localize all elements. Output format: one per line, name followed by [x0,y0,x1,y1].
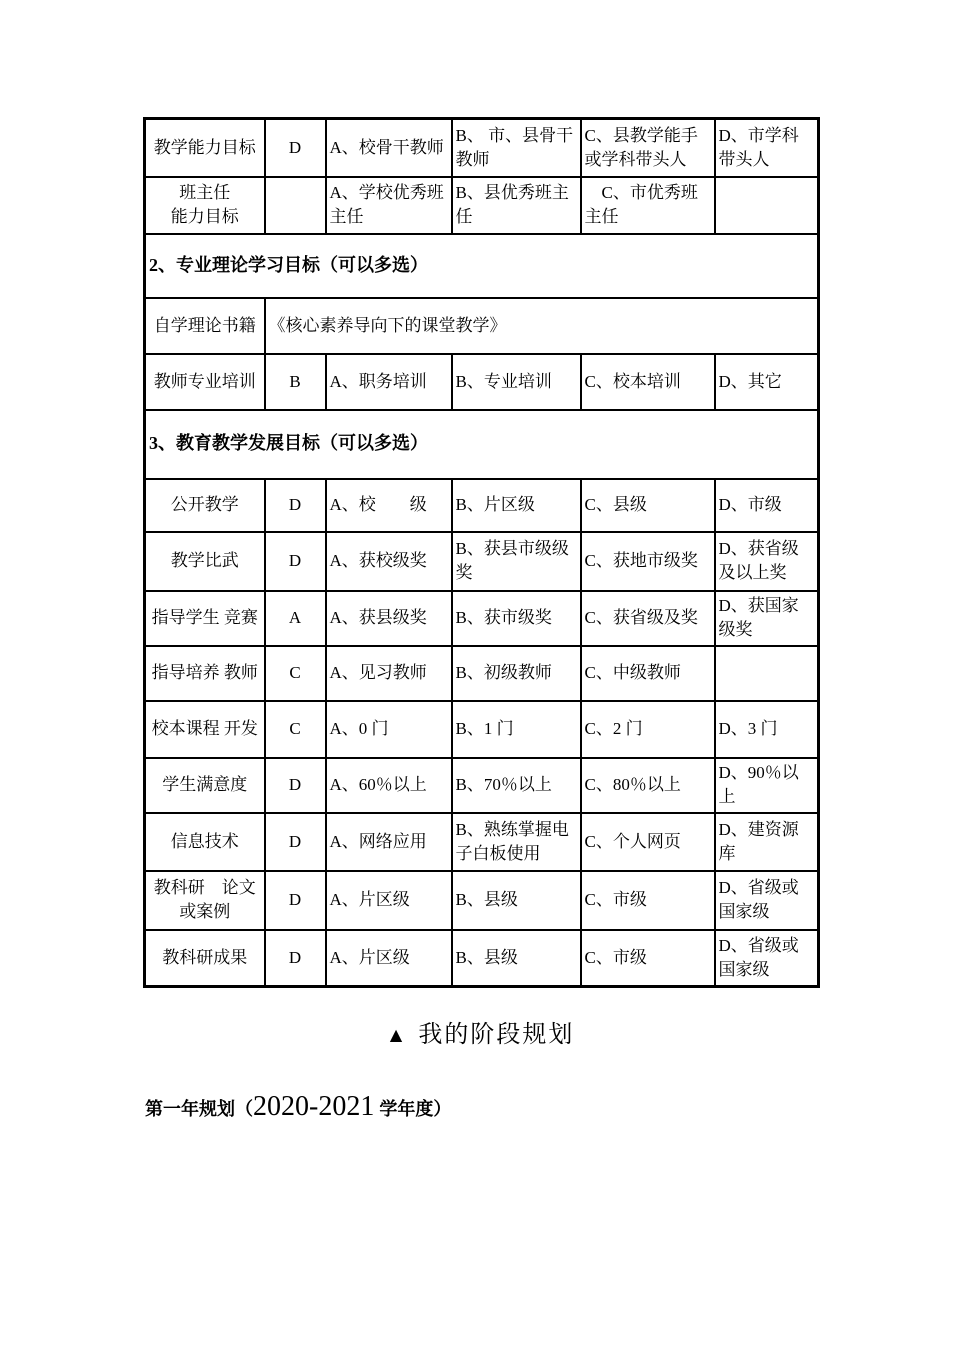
option-a-cell: A、校骨干教师 [326,119,452,177]
selected-answer-cell [265,177,326,234]
option-a-cell: A、获校级奖 [326,532,452,591]
stage-plan-heading: ▲我的阶段规划 [0,1020,960,1050]
option-b-cell: B、熟练掌握电子白板使用 [452,813,581,871]
option-d-cell: D、3 门 [715,701,819,758]
option-d-cell [715,177,819,234]
option-d-cell: D、市级 [715,479,819,532]
table-row-student-competition: 指导学生 竞赛 A A、获县级奖 B、获市级奖 C、获省级及奖 D、获国家级奖 [145,591,819,646]
option-a-cell: A、学校优秀班主任 [326,177,452,234]
option-a-cell: A、60％以上 [326,758,452,813]
option-d-cell: D、建资源库 [715,813,819,871]
row-label-cell: 校本课程 开发 [145,701,265,758]
option-c-cell: C、市优秀班主任 [581,177,715,234]
option-d-cell: D、获国家级奖 [715,591,819,646]
table-row-school-curriculum: 校本课程 开发 C A、0 门 B、1 门 C、2 门 D、3 门 [145,701,819,758]
row-label-cell: 信息技术 [145,813,265,871]
option-b-cell: B、初级教师 [452,646,581,701]
option-b-cell: B、专业培训 [452,354,581,410]
option-c-cell: C、中级教师 [581,646,715,701]
row-label-cell: 教科研成果 [145,930,265,987]
table-row-theory-book: 自学理论书籍 《核心素养导向下的课堂教学》 [145,298,819,354]
table-row-mentoring-teachers: 指导培养 教师 C A、见习教师 B、初级教师 C、中级教师 [145,646,819,701]
option-a-cell: A、职务培训 [326,354,452,410]
option-c-cell: C、2 门 [581,701,715,758]
table-row-research-papers: 教科研 论文或案例 D A、片区级 B、县级 C、市级 D、省级或国家级 [145,871,819,930]
selected-answer-cell: D [265,930,326,987]
option-d-cell: D、90％以上 [715,758,819,813]
option-c-cell: C、市级 [581,871,715,930]
section-2-header-row: 2、专业理论学习目标（可以多选） [145,234,819,298]
table-row-head-teacher-ability: 班主任 能力目标 A、学校优秀班主任 B、县优秀班主任 C、市优秀班主任 [145,177,819,234]
selected-answer-cell: D [265,119,326,177]
book-title-cell: 《核心素养导向下的课堂教学》 [265,298,819,354]
year-plan-label: 第一年规划 [145,1099,235,1119]
selected-answer-cell: D [265,813,326,871]
option-b-cell: B、县级 [452,871,581,930]
option-b-cell: B、县优秀班主任 [452,177,581,234]
option-b-cell: B、获县市级级奖 [452,532,581,591]
option-a-cell: A、0 门 [326,701,452,758]
table-row-information-technology: 信息技术 D A、网络应用 B、熟练掌握电子白板使用 C、个人网页 D、建资源库 [145,813,819,871]
row-label-cell: 学生满意度 [145,758,265,813]
table-row-open-teaching: 公开教学 D A、校 级 B、片区级 C、县级 D、市级 [145,479,819,532]
option-c-cell: C、个人网页 [581,813,715,871]
option-c-cell: C、县教学能手或学科带头人 [581,119,715,177]
row-label-cell: 指导培养 教师 [145,646,265,701]
selected-answer-cell: D [265,479,326,532]
option-c-cell: C、市级 [581,930,715,987]
option-d-cell: D、省级或国家级 [715,871,819,930]
selected-answer-cell: C [265,701,326,758]
selected-answer-cell: A [265,591,326,646]
row-label-cell: 教科研 论文或案例 [145,871,265,930]
section-3-header-row: 3、教育教学发展目标（可以多选） [145,410,819,479]
option-d-cell: D、省级或国家级 [715,930,819,987]
open-paren: （ [235,1099,253,1119]
selected-answer-cell: D [265,532,326,591]
option-d-cell: D、获省级及以上奖 [715,532,819,591]
selected-answer-cell: C [265,646,326,701]
row-label-cell: 自学理论书籍 [145,298,265,354]
option-d-cell: D、市学科带头人 [715,119,819,177]
option-a-cell: A、获县级奖 [326,591,452,646]
row-label-cell: 公开教学 [145,479,265,532]
triangle-icon: ▲ [386,1023,407,1047]
row-label-cell: 教学能力目标 [145,119,265,177]
option-a-cell: A、见习教师 [326,646,452,701]
option-c-cell: C、县级 [581,479,715,532]
selected-answer-cell: B [265,354,326,410]
option-c-cell: C、80％以上 [581,758,715,813]
option-b-cell: B、获市级奖 [452,591,581,646]
year-range: 2020-2021 [253,1091,374,1122]
selected-answer-cell: D [265,871,326,930]
option-c-cell: C、获地市级奖 [581,532,715,591]
option-d-cell: D、其它 [715,354,819,410]
option-b-cell: B、70％以上 [452,758,581,813]
document-page: 教学能力目标 D A、校骨干教师 B、 市、县骨干教师 C、县教学能手或学科带头… [0,0,960,1357]
option-a-cell: A、片区级 [326,871,452,930]
table-row-teaching-contest: 教学比武 D A、获校级奖 B、获县市级级奖 C、获地市级奖 D、获省级及以上奖 [145,532,819,591]
row-label-cell: 教学比武 [145,532,265,591]
option-a-cell: A、校 级 [326,479,452,532]
option-c-cell: C、获省级及奖 [581,591,715,646]
option-b-cell: B、片区级 [452,479,581,532]
table-row-student-satisfaction: 学生满意度 D A、60％以上 B、70％以上 C、80％以上 D、90％以上 [145,758,819,813]
development-goals-table: 教学能力目标 D A、校骨干教师 B、 市、县骨干教师 C、县教学能手或学科带头… [143,117,820,988]
section-title: 3、教育教学发展目标（可以多选） [145,410,819,479]
stage-plan-heading-text: 我的阶段规划 [418,1022,574,1048]
row-label-cell: 班主任 能力目标 [145,177,265,234]
year-plan-suffix: 学年度 [374,1099,433,1119]
option-b-cell: B、1 门 [452,701,581,758]
row-label-cell: 指导学生 竞赛 [145,591,265,646]
option-c-cell: C、校本培训 [581,354,715,410]
option-b-cell: B、县级 [452,930,581,987]
table-row-professional-training: 教师专业培训 B A、职务培训 B、专业培训 C、校本培训 D、其它 [145,354,819,410]
option-d-cell [715,646,819,701]
selected-answer-cell: D [265,758,326,813]
section-title: 2、专业理论学习目标（可以多选） [145,234,819,298]
option-b-cell: B、 市、县骨干教师 [452,119,581,177]
table-row-research-achievements: 教科研成果 D A、片区级 B、县级 C、市级 D、省级或国家级 [145,930,819,987]
close-paren: ） [433,1099,451,1119]
option-a-cell: A、网络应用 [326,813,452,871]
table-row-teaching-ability: 教学能力目标 D A、校骨干教师 B、 市、县骨干教师 C、县教学能手或学科带头… [145,119,819,177]
row-label-cell: 教师专业培训 [145,354,265,410]
first-year-plan-heading: 第一年规划（2020-2021 学年度） [145,1091,451,1123]
option-a-cell: A、片区级 [326,930,452,987]
